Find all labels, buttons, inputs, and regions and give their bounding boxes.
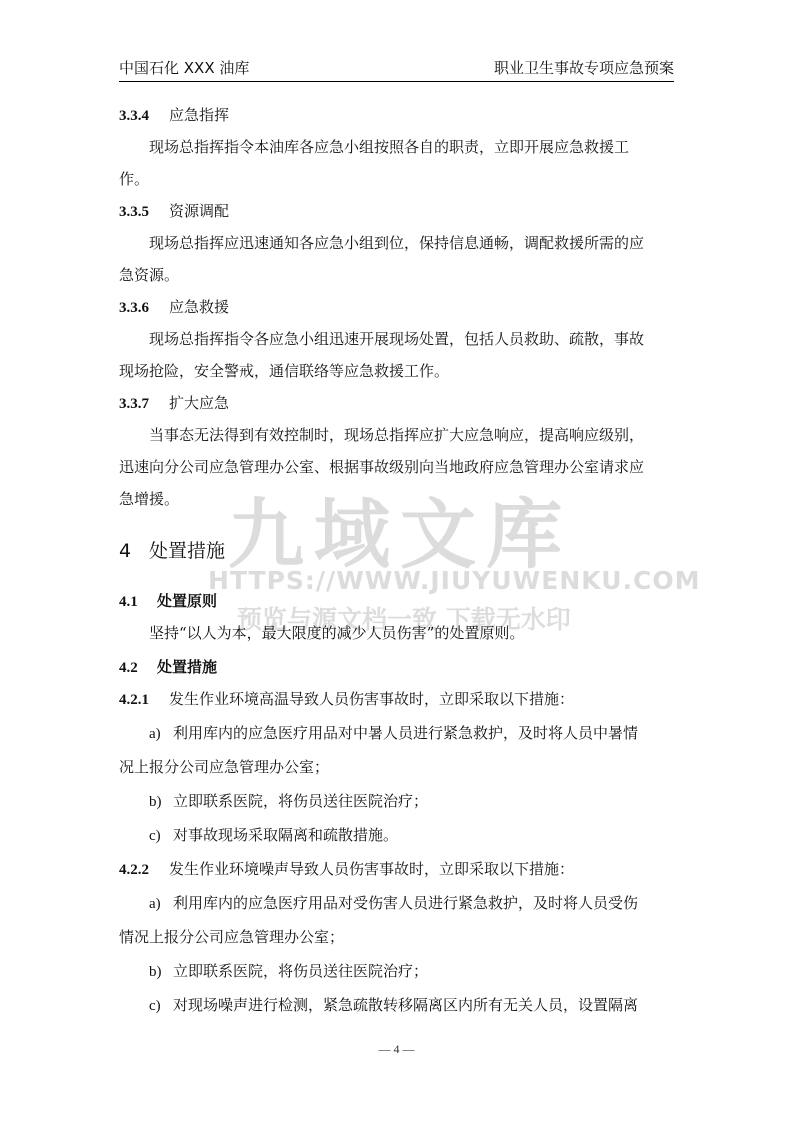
heading-3-3-4: 3.3.4应急指挥 <box>119 104 229 125</box>
heading-4: 4处置措施 <box>119 536 225 563</box>
header-org: 中国石化 XXX 油库 <box>119 57 249 78</box>
list-item: a)利用库内的应急医疗用品对中暑人员进行紧急救护，及时将人员中暑情 <box>119 722 638 743</box>
paragraph: 急资源。 <box>119 264 179 285</box>
list-item: b)立即联系医院，将伤员送往医院治疗； <box>119 790 428 811</box>
list-item-continuation: 情况上报分公司应急管理办公室； <box>119 926 344 947</box>
header-doc-title: 职业卫生事故专项应急预案 <box>494 57 674 78</box>
list-item: b)立即联系医院，将伤员送往医院治疗； <box>119 960 428 981</box>
heading-3-3-7: 3.3.7扩大应急 <box>119 392 229 413</box>
heading-4-1: 4.1处置原则 <box>119 590 217 611</box>
paragraph: 急增援。 <box>119 488 179 509</box>
heading-4-2-1: 4.2.1发生作业环境高温导致人员伤害事故时，立即采取以下措施： <box>119 688 574 709</box>
heading-4-2: 4.2处置措施 <box>119 656 217 677</box>
watermark-title: 九域文库 <box>228 474 572 583</box>
paragraph: 现场总指挥指令各应急小组迅速开展现场处置，包括人员救助、疏散，事故 <box>119 328 644 349</box>
heading-3-3-5: 3.3.5资源调配 <box>119 200 229 221</box>
heading-4-2-2: 4.2.2发生作业环境噪声导致人员伤害事故时，立即采取以下措施： <box>119 858 574 879</box>
paragraph: 坚持“以人为本，最大限度的减少人员伤害”的处置原则。 <box>119 622 524 643</box>
list-item: c)对事故现场采取隔离和疏散措施。 <box>119 824 398 845</box>
paragraph: 当事态无法得到有效控制时，现场总指挥应扩大应急响应，提高响应级别， <box>119 424 644 445</box>
watermark-url: HTTPS://WWW.JIUYUWENKU.COM <box>208 566 700 595</box>
paragraph: 迅速向分公司应急管理办公室、根据事故级别向当地政府应急管理办公室请求应 <box>119 456 644 477</box>
paragraph: 现场总指挥应迅速通知各应急小组到位，保持信息通畅，调配救援所需的应 <box>119 232 644 253</box>
list-item: c)对现场噪声进行检测，紧急疏散转移隔离区内所有无关人员，设置隔离 <box>119 994 638 1015</box>
list-item: a)利用库内的应急医疗用品对受伤害人员进行紧急救护，及时将人员受伤 <box>119 892 638 913</box>
paragraph: 作。 <box>119 168 149 189</box>
list-item-continuation: 况上报分公司应急管理办公室； <box>119 756 329 777</box>
paragraph: 现场抢险，安全警戒，通信联络等应急救援工作。 <box>119 360 449 381</box>
page-header: 中国石化 XXX 油库 职业卫生事故专项应急预案 <box>119 56 674 82</box>
heading-3-3-6: 3.3.6应急救援 <box>119 296 229 317</box>
page-number: — 4 — <box>0 1042 793 1057</box>
paragraph: 现场总指挥指令本油库各应急小组按照各自的职责，立即开展应急救援工 <box>119 136 629 157</box>
